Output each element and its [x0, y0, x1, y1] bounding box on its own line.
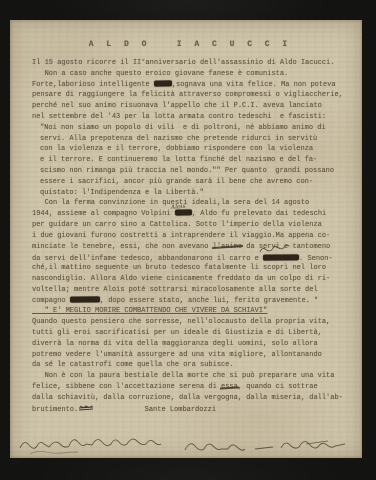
typed-text: , dopo essere stato, anche lui, ferito g… [100, 297, 318, 305]
typed-text: , quando ci sottrae [238, 383, 318, 391]
text-line: nel settembre del '43 per la lotta armat… [32, 112, 348, 123]
typed-text: voltella; mentre Alois poté sottrarsi mi… [32, 286, 318, 294]
signature: Sante Lombardozzi [145, 406, 216, 414]
typed-text: e il terrore. E continueremo la lotta fi… [40, 156, 317, 164]
typed-text: minciate le tenebre, essi, che non aveva… [32, 243, 213, 251]
text-line: brutimento. Sante Lombardozzi [32, 404, 348, 415]
photographed-document: { "document": { "title": "A L D O I A C … [0, 0, 376, 480]
typed-text: con la violenza e il terrore, dobbiamo r… [40, 145, 313, 153]
text-line: diverrà la norma di vita della maggioran… [32, 339, 348, 350]
text-line: quistato: l'Indipendenza e la Libertà." [40, 188, 348, 199]
text-line: scismo non rimanga più traccia nel mondo… [40, 166, 348, 177]
text-line: Non a caso anche questo eroico giovane f… [32, 69, 348, 80]
typed-text: Il 15 agosto ricorre il II°anniversario … [32, 59, 334, 67]
typed-text: ché,il mattino seguente un bruto tedesco… [32, 264, 326, 272]
typed-text: . Senon- [299, 255, 333, 263]
typed-text: quistato: l'Indipendenza e la Libertà." [40, 189, 204, 197]
typed-text: Non è con la paura bestiale della morte … [32, 372, 334, 380]
typed-text: i due giovani furono costretti a intrapr… [32, 232, 330, 240]
document-body: Il 15 agosto ricorre il II°anniversario … [32, 58, 348, 414]
typed-text: compagno [32, 297, 70, 305]
redacted-word [175, 210, 192, 216]
text-line: da servi dell'infame tedesco, abbandonar… [32, 252, 348, 263]
typed-text: pensare di raggiungere la felicità attra… [32, 91, 343, 99]
text-line: essere i sacrifici, ancor più grande sar… [40, 177, 348, 188]
text-line: ché,il mattino seguente un bruto tedesco… [32, 263, 348, 274]
text-line: da sé le catastrofi come quella che ora … [32, 360, 348, 371]
typed-text: per guidare un carro sino a Cattolica. S… [32, 221, 322, 229]
text-line: Forte,laborioso intelligente ,sognava un… [32, 80, 348, 91]
redacted-word [154, 80, 172, 86]
typed-text: potremo vedere l'umanità assurgere ad un… [32, 351, 322, 359]
typed-text [94, 406, 144, 414]
handwritten-note [10, 430, 362, 460]
text-line: servi. Alla prepotenza del nazismo che p… [40, 134, 348, 145]
typed-text: perché nel suo animo risuonava l'appello… [32, 102, 322, 110]
text-line: i due giovani furono costretti a intrapr… [32, 231, 348, 242]
text-line: " E' MEGLIO MORIRE COMBATTENDO CHE VIVER… [32, 306, 348, 317]
scribble-strikeout [78, 404, 94, 416]
typed-text: da servi dell'infame tedesco, abbandonar… [32, 255, 263, 263]
typed-text: , Aldo fu prelevato dai tedeschi [192, 210, 326, 218]
overstruck-text: essa [221, 383, 238, 391]
typed-text: ,sognava una vita felice. Ma non poteva [172, 81, 336, 89]
typed-text: servi. Alla prepotenza del nazismo che p… [40, 135, 317, 143]
typed-text: Non a caso anche questo eroico giovane f… [32, 70, 288, 78]
document-title: A L D O I A C U C C I [32, 40, 348, 49]
text-line: Il 15 agosto ricorre il II°anniversario … [32, 58, 348, 69]
typed-text: da sé le catastrofi come quella che ora … [32, 361, 234, 369]
text-line: 1944, assieme al compagno Volpini Alois,… [32, 209, 348, 220]
typed-text: Forte,laborioso intelligente [32, 81, 154, 89]
typed-text: tutti gli eroi sacrificatisi per un idea… [32, 329, 322, 337]
text-line: per guidare un carro sino a Cattolica. S… [32, 220, 348, 231]
text-line: pensare di raggiungere la felicità attra… [32, 90, 348, 101]
redacted-word [263, 255, 299, 261]
handwritten-squiggle [258, 246, 259, 259]
text-line: dalla schiavitù, dalla corruzione, dalla… [32, 393, 348, 404]
text-line: felice, sibbene con l'accettazione seren… [32, 382, 348, 393]
document-page: A L D O I A C U C C I Il 15 agosto ricor… [10, 20, 362, 458]
text-line: nascondiglio. Allora Aldo viene cinicame… [32, 274, 348, 285]
underlined-heading: " E' MEGLIO MORIRE COMBATTENDO CHE VIVER… [32, 307, 267, 315]
text-line: compagno , dopo essere stato, anche lui,… [32, 296, 348, 307]
text-line: voltella; mentre Alois poté sottrarsi mi… [32, 285, 348, 296]
typed-text: nascondiglio. Allora Aldo viene cinicame… [32, 275, 330, 283]
typed-text: diverrà la norma di vita della maggioran… [32, 340, 318, 348]
typed-text: nel settembre del '43 per la lotta armat… [32, 113, 326, 121]
text-line: minciate le tenebre, essi, che non aveva… [32, 242, 348, 253]
typed-text: essere i sacrifici, ancor più grande sar… [40, 178, 313, 186]
text-line: tutti gli eroi sacrificatisi per un idea… [32, 328, 348, 339]
text-line: "Noi non siamo un popolo di vili e di po… [40, 123, 348, 134]
typed-text: scismo non rimanga più traccia nel mondo… [40, 167, 334, 175]
text-line: Quando questo pensiero che sorresse, nel… [32, 317, 348, 328]
typed-text: felice, sibbene con l'accettazione seren… [32, 383, 221, 391]
typed-text: 1944, assieme al compagno Volpini [32, 210, 175, 218]
text-line: Non è con la paura bestiale della morte … [32, 371, 348, 382]
document-content: A L D O I A C U C C I Il 15 agosto ricor… [32, 40, 348, 414]
text-line: e il terrore. E continueremo la lotta fi… [40, 155, 348, 166]
typed-text: dalla schiavitù, dalla corruzione, dalla… [32, 394, 343, 402]
typed-text: Quando questo pensiero che sorresse, nel… [32, 318, 330, 326]
handwritten-word: Alois [170, 203, 171, 214]
text-line: potremo vedere l'umanità assurgere ad un… [32, 350, 348, 361]
text-line: Con la ferma convinzione in questi ideal… [32, 198, 348, 209]
typed-text: brutimento. [32, 406, 78, 414]
redacted-word [70, 296, 100, 302]
typed-text: "Noi non siamo un popolo di vili e di po… [40, 124, 326, 132]
overstruck-text: l'animo [213, 243, 242, 251]
text-line: perché nel suo animo risuonava l'appello… [32, 101, 348, 112]
text-line: con la violenza e il terrore, dobbiamo r… [40, 144, 348, 155]
